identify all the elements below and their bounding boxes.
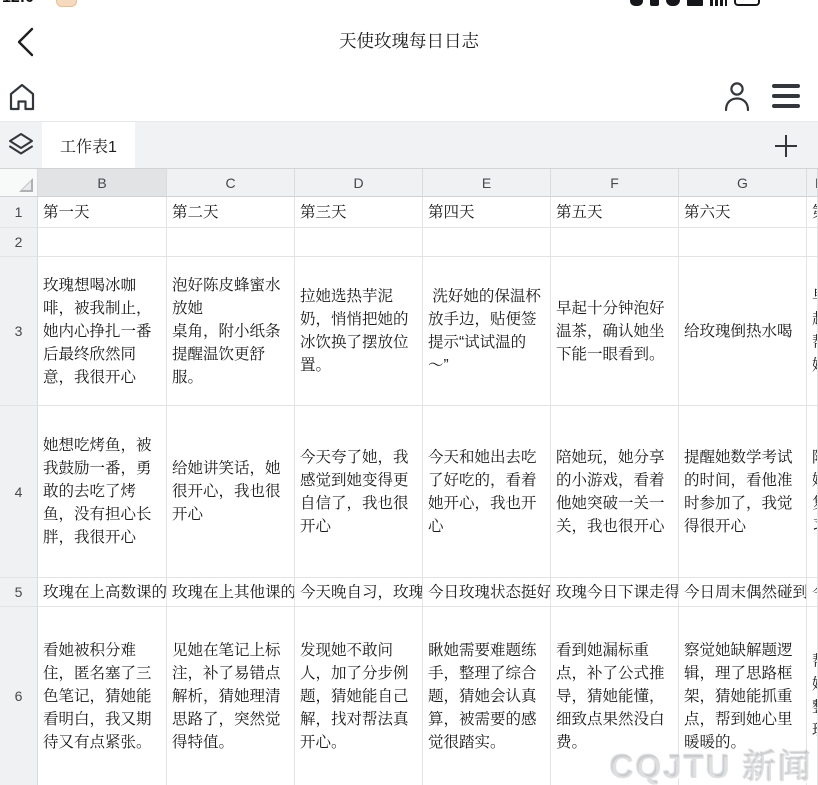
col-header-G[interactable]: G xyxy=(679,169,807,197)
page-title: 天使玫瑰每日日志 xyxy=(0,12,818,70)
col-header-E[interactable]: E xyxy=(423,169,551,197)
row-header-2[interactable]: 2 xyxy=(0,228,38,257)
status-time-fragment: 12:0 xyxy=(2,0,34,7)
cell-D3[interactable]: 拉她选热芋泥奶，悄悄把她的冰饮换了摆放位置。 xyxy=(295,257,423,406)
cell-G1[interactable]: 第六天 xyxy=(679,197,807,228)
cell-H4[interactable]: 陪她复习 xyxy=(807,406,818,578)
cell-D1[interactable]: 第三天 xyxy=(295,197,423,228)
cell-E1[interactable]: 第四天 xyxy=(423,197,551,228)
col-header-F[interactable]: F xyxy=(551,169,679,197)
row-header-4[interactable]: 4 xyxy=(0,406,38,578)
cell-E2[interactable] xyxy=(423,228,551,257)
add-sheet-button[interactable] xyxy=(766,122,806,169)
nfc-icon xyxy=(666,0,680,6)
cell-B4[interactable]: 她想吃烤鱼，被我鼓励一番，勇敢的去吃了烤鱼，没有担心长胖，我很开心 xyxy=(38,406,167,578)
tab-sheet1[interactable]: 工作表1 xyxy=(42,122,135,168)
cell-C6[interactable]: 见她在笔记上标注，补了易错点解析，猜她理清思路了，突然觉得特值。 xyxy=(167,607,295,785)
cell-F6[interactable]: 看到她漏标重点，补了公式推导，猜她能懂，细致点果然没白费。 xyxy=(551,607,679,785)
spreadsheet-grid: B C D E F G H 1 第一天 第二天 第三天 第四天 第五天 第六天 … xyxy=(0,168,818,785)
cell-E5[interactable]: 今日玫瑰状态挺好 xyxy=(423,578,551,607)
select-all-corner[interactable] xyxy=(0,169,38,197)
cell-B1[interactable]: 第一天 xyxy=(38,197,167,228)
cell-G5[interactable]: 今日周末偶然碰到 xyxy=(679,578,807,607)
cell-H1[interactable]: 第七天 xyxy=(807,197,818,228)
home-button[interactable] xyxy=(6,81,38,111)
cell-C5[interactable]: 玫瑰在上其他课的 xyxy=(167,578,295,607)
cell-G4[interactable]: 提醒她数学考试的时间，看他准时参加了，我觉得很开心 xyxy=(679,406,807,578)
cell-G6[interactable]: 察觉她缺解题逻辑，理了思路框架，猜她能抓重点，帮到她心里暖暖的。 xyxy=(679,607,807,785)
cell-E6[interactable]: 瞅她需要难题练手，整理了综合题，猜她会认真算，被需要的感觉很踏实。 xyxy=(423,607,551,785)
cell-C4[interactable]: 给她讲笑话，她很开心，我也很开心 xyxy=(167,406,295,578)
cell-H3[interactable]: 早起帮她 xyxy=(807,257,818,406)
signal-icon xyxy=(710,0,727,6)
status-icons-fragment xyxy=(630,0,760,6)
cell-H5[interactable]: 今日 xyxy=(807,578,818,607)
account-button[interactable] xyxy=(722,80,752,112)
battery-icon xyxy=(734,0,760,6)
col-header-C[interactable]: C xyxy=(167,169,295,197)
col-header-D[interactable]: D xyxy=(295,169,423,197)
row-header-5[interactable]: 5 xyxy=(0,578,38,607)
layers-icon xyxy=(6,131,36,159)
status-badge xyxy=(56,0,77,7)
home-icon xyxy=(6,81,38,111)
menu-button[interactable] xyxy=(772,83,800,109)
cell-E4[interactable]: 今天和她出去吃了好吃的，看着她开心，我也开心 xyxy=(423,406,551,578)
status-bar: 12:0 xyxy=(0,0,818,12)
cell-C1[interactable]: 第二天 xyxy=(167,197,295,228)
sheet-tab-bar: 工作表1 xyxy=(0,121,818,168)
cell-C2[interactable] xyxy=(167,228,295,257)
cell-F5[interactable]: 玫瑰今日下课走得 xyxy=(551,578,679,607)
row-header-3[interactable]: 3 xyxy=(0,257,38,406)
cell-G2[interactable] xyxy=(679,228,807,257)
person-icon xyxy=(722,80,752,112)
cell-F1[interactable]: 第五天 xyxy=(551,197,679,228)
row-header-1[interactable]: 1 xyxy=(0,197,38,228)
nav-bar: 天使玫瑰每日日志 xyxy=(0,12,818,70)
cell-D6[interactable]: 发现她不敢问人，加了分步例题，猜她能自己解，找对帮法真开心。 xyxy=(295,607,423,785)
alarm-icon xyxy=(630,0,643,6)
toolbar xyxy=(0,70,818,121)
cell-B6[interactable]: 看她被积分难住，匿名塞了三色笔记，猜她能看明白，我又期待又有点紧张。 xyxy=(38,607,167,785)
menu-icon xyxy=(772,84,800,88)
cell-H6[interactable]: 帮她整理 xyxy=(807,607,818,785)
row-header-6[interactable]: 6 xyxy=(0,607,38,785)
wifi-icon xyxy=(687,0,703,6)
col-header-H[interactable]: H xyxy=(807,169,818,197)
vibrate-icon xyxy=(650,0,659,6)
plus-icon xyxy=(773,133,799,159)
cell-F3[interactable]: 早起十分钟泡好温茶，确认她坐下能一眼看到。 xyxy=(551,257,679,406)
cell-B3[interactable]: 玫瑰想喝冰咖啡，被我制止，她内心挣扎一番后最终欣然同意，我很开心 xyxy=(38,257,167,406)
cell-B2[interactable] xyxy=(38,228,167,257)
cell-B5[interactable]: 玫瑰在上高数课的 xyxy=(38,578,167,607)
cell-H2[interactable] xyxy=(807,228,818,257)
cell-E3[interactable]: 洗好她的保温杯放手边，贴便签提示“试试温的～” xyxy=(423,257,551,406)
cell-C3[interactable]: 泡好陈皮蜂蜜水放她 桌角，附小纸条提醒温饮更舒服。 xyxy=(167,257,295,406)
spreadsheet-app: 12:0 天使玫瑰每日日志 xyxy=(0,0,818,785)
cell-F4[interactable]: 陪她玩，她分享的小游戏，看着他她突破一关一关，我也很开心 xyxy=(551,406,679,578)
cell-D2[interactable] xyxy=(295,228,423,257)
col-header-B[interactable]: B xyxy=(38,169,167,197)
cell-D4[interactable]: 今天夸了她，我感觉到她变得更自信了，我也很开心 xyxy=(295,406,423,578)
cell-G3[interactable]: 给玫瑰倒热水喝 xyxy=(679,257,807,406)
cell-D5[interactable]: 今天晚自习，玫瑰 xyxy=(295,578,423,607)
cell-F2[interactable] xyxy=(551,228,679,257)
sheet-switcher-button[interactable] xyxy=(0,122,42,168)
